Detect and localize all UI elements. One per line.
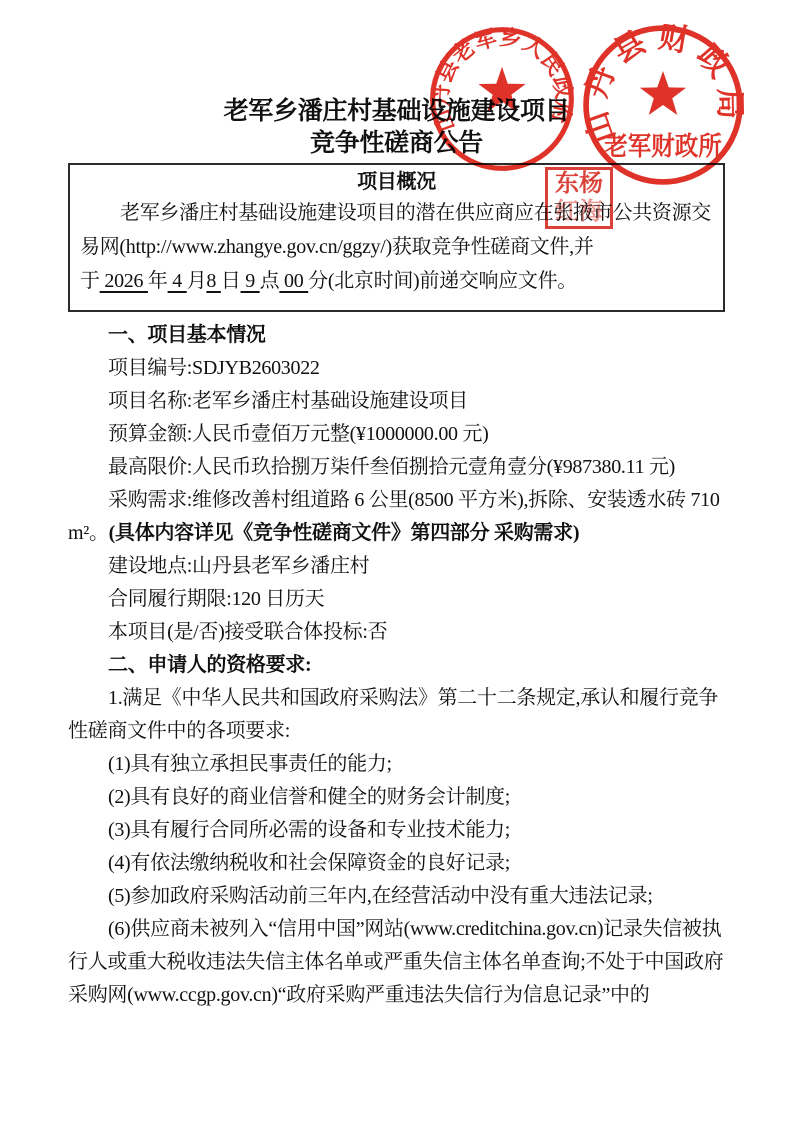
budget-amount: 预算金额:人民币壹佰万元整(¥1000000.00 元) [68,418,725,451]
township-government-seal: 山丹县老军乡人民政府 [429,26,575,172]
name-seal-row2: 红海 [555,199,603,225]
qualification-item-5: (5)参加政府采购活动前三年内,在经营活动中没有重大违法记录; [68,880,725,913]
year-label: 年 [148,270,168,292]
project-number: 项目编号:SDJYB2603022 [68,352,725,385]
document-page: 老军乡潘庄村基础设施建设项目 竞争性磋商公告 项目概况 老军乡潘庄村基础设施建设… [0,0,793,1122]
construction-location: 建设地点:山丹县老军乡潘庄村 [68,550,725,583]
document-body: 老军乡潘庄村基础设施建设项目 竞争性磋商公告 项目概况 老军乡潘庄村基础设施建设… [68,97,725,1012]
qualification-item-1: (1)具有独立承担民事责任的能力; [68,748,725,781]
deadline-day: 8 [206,270,220,292]
deadline-hour: 9 [241,270,260,292]
finance-bureau-seal: 山丹县财政局 老军财政所 [582,24,744,186]
section1-heading: 一、项目基本情况 [68,319,725,352]
consortium-bid: 本项目(是/否)接受联合体投标:否 [68,616,725,649]
qualification-item-3: (3)具有履行合同所必需的设备和专业技术能力; [68,814,725,847]
personal-name-seal: 东杨 红海 [545,167,613,229]
qualification-item-6: (6)供应商未被列入“信用中国”网站(www.creditchina.gov.c… [68,913,725,1012]
minute-label-and-rest: 分(北京时间)前递交响应文件。 [308,270,577,292]
deadline-month: 4 [168,270,187,292]
name-seal-row1: 东杨 [555,171,603,197]
seal-bottom-text: 老军财政所 [604,131,722,161]
deadline-minute: 00 [279,270,308,292]
max-price: 最高限价:人民币玖拾捌万柒仟叁佰捌拾元壹角壹分(¥987380.11 元) [68,451,725,484]
deadline-year: 2026 [100,270,148,292]
qualification-item-4: (4)有依法缴纳税收和社会保障资金的良好记录; [68,847,725,880]
day-label: 日 [221,270,241,292]
section2-heading: 二、申请人的资格要求: [68,649,725,682]
qualification-item-2: (2)具有良好的商业信誉和健全的财务会计制度; [68,781,725,814]
project-name: 项目名称:老军乡潘庄村基础设施建设项目 [68,385,725,418]
section2-intro: 1.满足《中华人民共和国政府采购法》第二十二条规定,承认和履行竞争性磋商文件中的… [68,682,725,748]
seal-star-icon [640,71,686,115]
overview-paragraph: 老军乡潘庄村基础设施建设项目的潜在供应商应在张掖市公共资源交易网(http://… [80,196,713,298]
seal-star-icon [478,67,525,112]
requirement-bold-note: (具体内容详见《竞争性磋商文件》第四部分 采购需求) [109,522,580,544]
procurement-requirement: 采购需求:维修改善村组道路 6 公里(8500 平方米),拆除、安装透水砖 71… [68,484,725,550]
month-label: 月 [187,270,207,292]
contract-duration: 合同履行期限:120 日历天 [68,583,725,616]
hour-label: 点 [260,270,280,292]
